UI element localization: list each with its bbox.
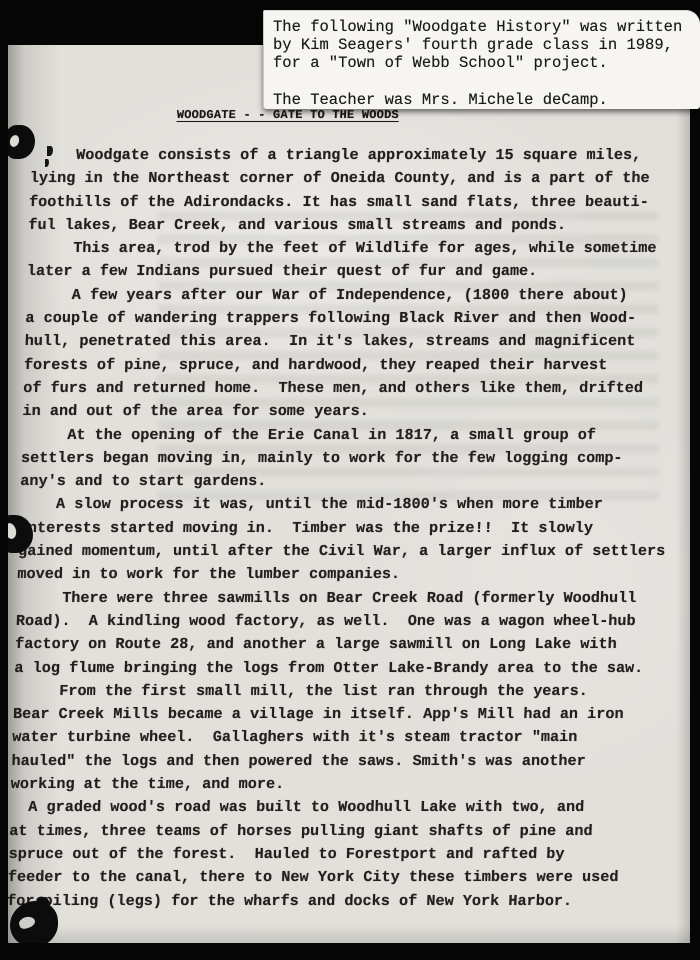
scanned-photocopy: WOODGATE - - GATE TO THE WOODS Woodgate … [0,0,700,960]
document-page: WOODGATE - - GATE TO THE WOODS Woodgate … [8,45,690,943]
document-body: Woodgate consists of a triangle approxim… [8,144,678,913]
typed-content: WOODGATE - - GATE TO THE WOODS Woodgate … [8,45,690,943]
ink-blot-bottom-left [10,901,58,943]
document-heading: WOODGATE - - GATE TO THE WOODS [177,108,399,122]
note-card-text: The following "Woodgate History" was wri… [263,10,700,109]
note-card: The following "Woodgate History" was wri… [263,10,700,109]
